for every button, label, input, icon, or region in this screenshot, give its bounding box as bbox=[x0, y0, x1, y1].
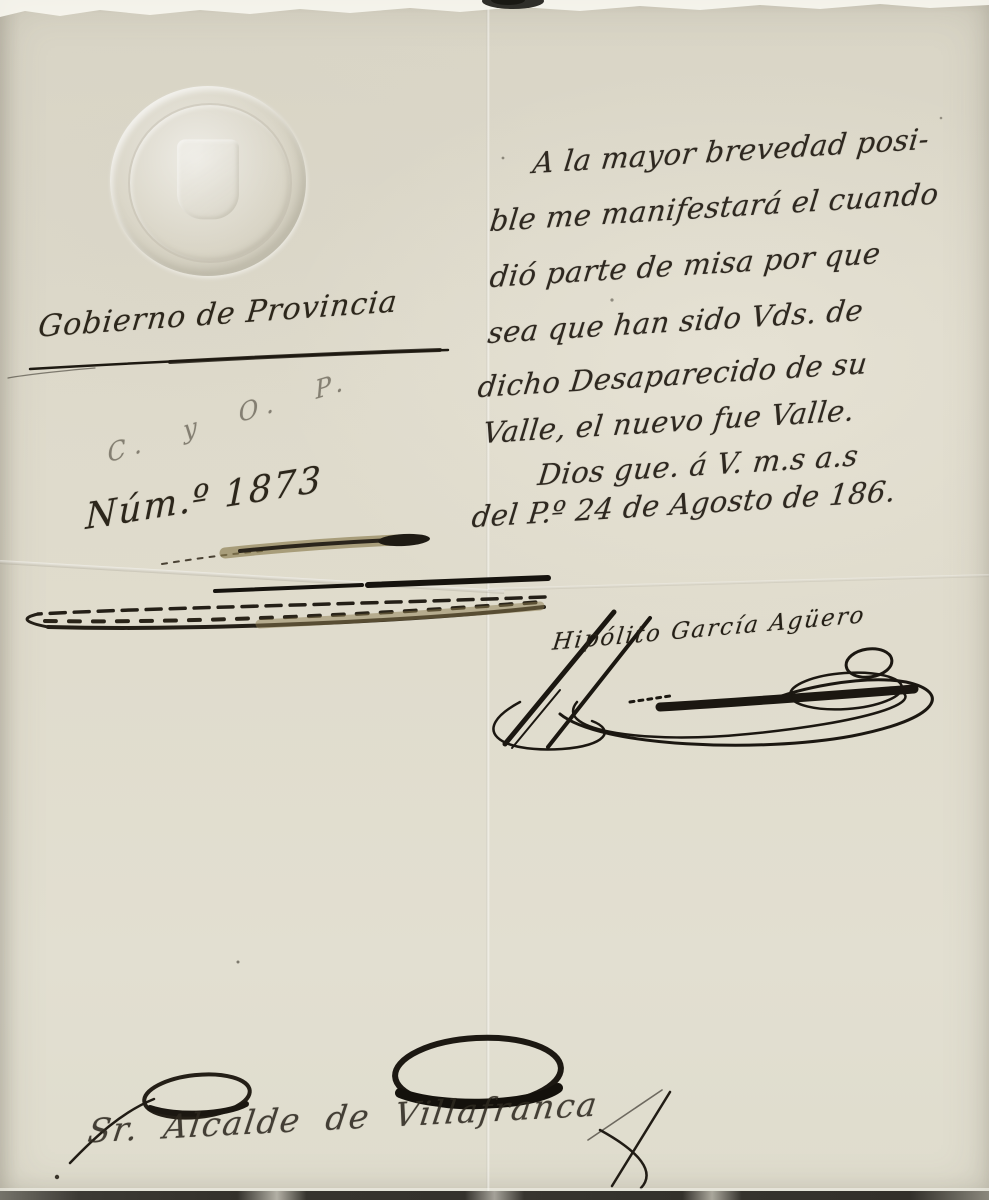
document-page: Gobierno de Provincia C. y O. P. Núm.º 1… bbox=[0, 0, 989, 1200]
rubric-loop-flourish bbox=[27, 578, 548, 628]
body-line-3: dió parte de misa por que bbox=[488, 236, 883, 294]
embossed-seal bbox=[110, 86, 306, 276]
letterhead-underline-flourish bbox=[8, 350, 448, 378]
scan-bottom-strip bbox=[0, 1191, 989, 1200]
body-line-2: ble me manifestará el cuando bbox=[488, 176, 941, 238]
letterhead-number-line: Núm.º 1873 bbox=[85, 459, 323, 538]
body-line-4: sea que han sido Vds. de bbox=[486, 293, 865, 350]
vertical-fold-line bbox=[486, 0, 490, 1200]
letterhead-section-line: C. y O. P. bbox=[106, 364, 352, 468]
letterhead-department-line: Gobierno de Provincia bbox=[37, 284, 400, 344]
deckle-edge bbox=[0, 0, 989, 17]
signature-name-line: Hipólito García Agüero bbox=[551, 602, 867, 656]
horizontal-crease-left bbox=[0, 560, 504, 594]
top-ink-blob bbox=[482, 0, 544, 9]
footer-address-line: Sr. Alcalde de Villafranca bbox=[86, 1084, 602, 1150]
embossed-seal-shield-icon bbox=[177, 139, 239, 219]
ink-smear-flourish bbox=[162, 533, 430, 564]
horizontal-crease-right bbox=[488, 574, 989, 591]
body-line-1: A la mayor brevedad posi- bbox=[531, 122, 931, 181]
